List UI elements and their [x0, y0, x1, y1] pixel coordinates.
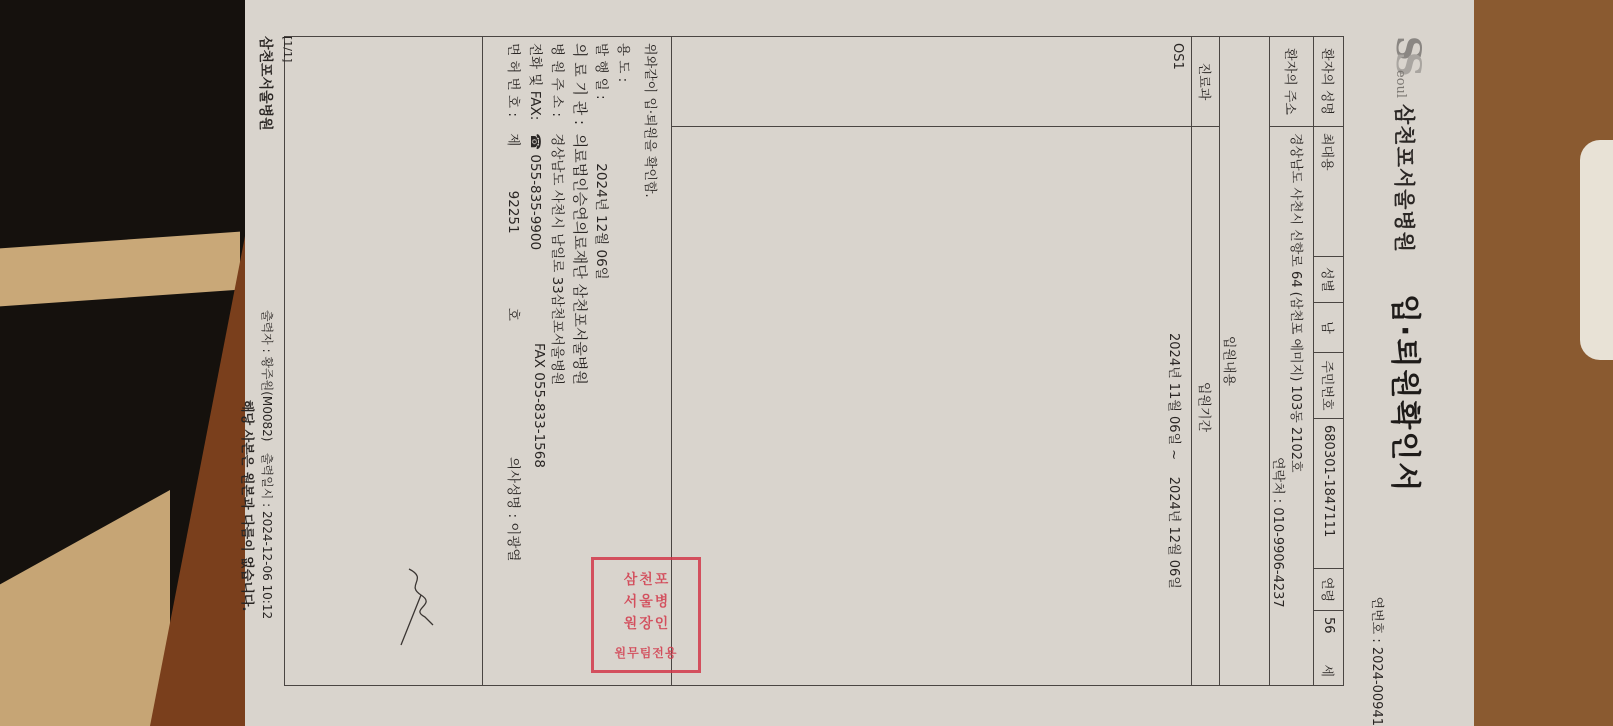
admission-section-title: 입원내용: [1221, 37, 1240, 685]
patient-sex: 남: [1314, 303, 1343, 353]
confirmation-statement: 위와같이 입·퇴원을 확인함.: [642, 43, 661, 198]
dept-value: OS1: [672, 37, 1191, 127]
address-label: 환자의 주소: [1270, 37, 1313, 127]
name-label: 환자의 성명: [1314, 37, 1343, 127]
purpose-line: 용 도 :: [615, 43, 635, 129]
document-title: 입·퇴원확인서: [1386, 294, 1430, 493]
seal-character: 원: [624, 613, 638, 633]
patient-rrn: 680301-1847111: [1314, 419, 1343, 569]
dept-label: 진료과: [1192, 37, 1219, 127]
logo-mark-icon: S S eoul: [1388, 36, 1422, 98]
sex-label: 성별: [1314, 257, 1343, 303]
patient-age: 56 세: [1314, 611, 1343, 687]
phone-icon: ☎: [527, 133, 543, 150]
hospital-logo: S S eoul 삼천포서울병원: [1388, 36, 1422, 253]
copy-notice: 해당 사본은 원본과 다름이 없습니다.: [239, 400, 258, 611]
phone-fax-line: 전화 및 FAX: ☎ 055-835-9900 FAX 055-833-156…: [527, 43, 547, 683]
document-number: 연번호 : 2024-00941: [1369, 597, 1388, 726]
patient-row-identity: 환자의 성명 최대용 성별 남 주민번호 680301-1847111 연령 5…: [1313, 37, 1343, 685]
seal-character: 서: [624, 591, 638, 611]
seal-character: 울: [639, 591, 653, 611]
photo-background-object: [1580, 140, 1613, 360]
admission-body: OS1 2024년 11월 06일 ~ 2024년 12월 06일: [671, 37, 1191, 685]
patient-row-address: 환자의 주소 경상남도 사천시 신항로 64 (삼천포 에미지) 103동 21…: [1269, 37, 1313, 685]
patient-name: 최대용: [1314, 127, 1343, 257]
seal-characters: 삼천포서울병원장인: [624, 569, 669, 633]
seal-character: 장: [639, 613, 653, 633]
issue-date-line: 발 행 일 : 2024년 12월 06일: [593, 43, 613, 280]
rrn-label: 주민번호: [1314, 353, 1343, 419]
print-info: 출력자 : 황주원(M0082) 출력일시 : 2024-12-06 10:12: [259, 310, 276, 619]
doctor-signature: [399, 565, 439, 655]
hospital-address-line: 병 원 주 소 : 경상남도 사천시 남일로 33삼천포서울병원: [549, 43, 569, 385]
age-label: 연령: [1314, 569, 1343, 611]
period-label: 입원기간: [1192, 127, 1219, 687]
certificate-table: 환자의 성명 최대용 성별 남 주민번호 680301-1847111 연령 5…: [284, 36, 1344, 686]
seal-character: 병: [655, 591, 669, 611]
license-line: 면 허 번 호 : 제 92251 호 의사성명 : 이광열: [505, 43, 525, 683]
seal-character: 포: [655, 569, 669, 589]
hospital-seal-stamp: 삼천포서울병원장인 원무팀전용: [591, 557, 701, 673]
seal-character: 삼: [624, 569, 638, 589]
seal-character: 인: [655, 613, 669, 633]
page-indicator: [1/1]: [281, 36, 294, 62]
doctor-name: 의사성명 : 이광열: [505, 457, 525, 561]
bottom-divider: [482, 37, 483, 685]
document-header: S S eoul 삼천포서울병원 입·퇴원확인서 연번호 : 2024-0094…: [1354, 36, 1434, 686]
admission-section-header: 입원내용: [1219, 37, 1245, 685]
admission-columns: 진료과 입원기간: [1191, 37, 1219, 685]
hospital-name: 삼천포서울병원: [1390, 104, 1420, 253]
seal-character: 천: [639, 569, 653, 589]
patient-contact: 연락처 : 010-9906-4237: [1270, 457, 1289, 608]
certificate-document: S S eoul 삼천포서울병원 입·퇴원확인서 연번호 : 2024-0094…: [245, 0, 1474, 726]
admission-spacer: [1245, 37, 1269, 685]
admission-period: 2024년 11월 06일 ~ 2024년 12월 06일: [1166, 333, 1185, 589]
footer-hospital-name: 삼천포서울병원: [256, 36, 276, 131]
institution-line: 의 료 기 관 : 의료법인승연의료재단 삼천포서울병원: [570, 43, 591, 385]
photo-background-right: [1474, 0, 1613, 726]
